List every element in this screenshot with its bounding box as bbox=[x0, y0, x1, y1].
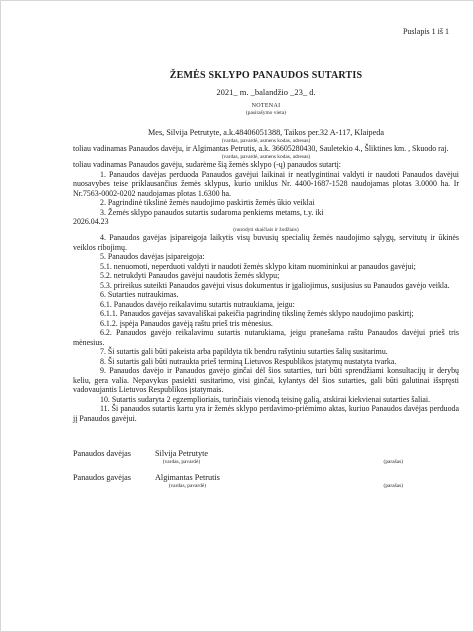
clause-6-1: 6.1. Panaudos davėjo reikalavimu sutarti… bbox=[73, 300, 459, 310]
signing-place: NOTENAI bbox=[73, 103, 459, 110]
clause-5-1: 5.1. nenuomoti, neperduoti valdyti ir na… bbox=[73, 262, 459, 272]
clause-7: 7. Ši sutartis gali būti pakeista arba p… bbox=[73, 347, 459, 357]
signature-role: Panaudos davėjas bbox=[73, 449, 149, 459]
signature-row-lender: Panaudos davėjas Silvija Petrutyte (vard… bbox=[73, 449, 459, 466]
clause-5: 5. Panaudos davėjas įsipareigoja: bbox=[73, 252, 459, 262]
document-title: ŽEMĖS SKLYPO PANAUDOS SUTARTIS bbox=[73, 70, 459, 82]
page-number: Puslapis 1 iš 1 bbox=[73, 27, 459, 37]
clause-3: 3. Žemės sklypo panaudos sutartis sudaro… bbox=[73, 208, 459, 218]
clause-10: 10. Sutartis sudaryta 2 egzemplioriais, … bbox=[73, 395, 459, 405]
clause-6-1-1: 6.1.1. Panaudos gavėjas savavališkai pak… bbox=[73, 309, 459, 319]
clause-11: 11. Ši panaudos sutartis kartu yra ir že… bbox=[73, 404, 459, 423]
clause-3-date-value: 2026.04.23 bbox=[73, 217, 459, 227]
clause-5-2: 5.2. netrukdyti Panaudos gavėjui naudoti… bbox=[73, 271, 459, 281]
signature-name-block: Silvija Petrutyte (vardas, pavardė) bbox=[155, 449, 208, 466]
signature-name: Algimantas Petrutis bbox=[155, 473, 220, 483]
clause-9: 9. Panaudos davėjo ir Panaudos gavėjo gi… bbox=[73, 366, 459, 395]
signature-line-hint: (parašas) bbox=[384, 483, 403, 490]
document-page: Puslapis 1 iš 1 ŽEMĖS SKLYPO PANAUDOS SU… bbox=[0, 0, 474, 632]
borrower-identity-line: toliau vadinamas Panaudos davėju, ir Alg… bbox=[73, 144, 459, 154]
clause-5-3: 5.3. prireikus suteikti Panaudos gavėjui… bbox=[73, 281, 459, 291]
signature-role: Panaudos gavėjas bbox=[73, 473, 149, 483]
clause-8: 8. Ši sutartis gali būti nutraukta prieš… bbox=[73, 357, 459, 367]
signature-section: Panaudos davėjas Silvija Petrutyte (vard… bbox=[73, 449, 459, 489]
document-body: Mes, Silvija Petrutyte, a.k.48406051388,… bbox=[73, 128, 459, 490]
signature-row-borrower: Panaudos gavėjas Algimantas Petrutis (va… bbox=[73, 473, 459, 490]
agreement-intro-line: toliau vadinamas Panaudos gavėju, sudarė… bbox=[73, 160, 459, 170]
lender-identity-line: Mes, Silvija Petrutyte, a.k.48406051388,… bbox=[73, 128, 459, 138]
signature-name-block: Algimantas Petrutis (vardas, pavardė) bbox=[155, 473, 220, 490]
clause-6-1-2: 6.1.2. įspėja Panaudos gavėją raštu prie… bbox=[73, 319, 459, 329]
signature-line-hint: (parašas) bbox=[384, 459, 403, 466]
clause-6-2: 6.2. Panaudos gavėjo reikalavimu sutarti… bbox=[73, 328, 459, 347]
clause-4: 4. Panaudos gavėjas įsipareigoja laikyti… bbox=[73, 233, 459, 252]
clause-1: 1. Panaudos davėjas perduoda Panaudos ga… bbox=[73, 170, 459, 199]
document-date-line: 2021_ m. _balandžio _23_ d. bbox=[73, 87, 459, 98]
clause-6: 6. Sutarties nutraukimas. bbox=[73, 290, 459, 300]
signature-name-hint: (vardas, pavardė) bbox=[169, 483, 206, 490]
clause-2: 2. Pagrindinė tikslinė žemės naudojimo p… bbox=[73, 198, 459, 208]
signature-name: Silvija Petrutyte bbox=[155, 449, 208, 459]
signature-name-hint: (vardas, pavardė) bbox=[163, 459, 200, 466]
signing-place-hint: (pasirašymo vieta) bbox=[73, 110, 459, 117]
